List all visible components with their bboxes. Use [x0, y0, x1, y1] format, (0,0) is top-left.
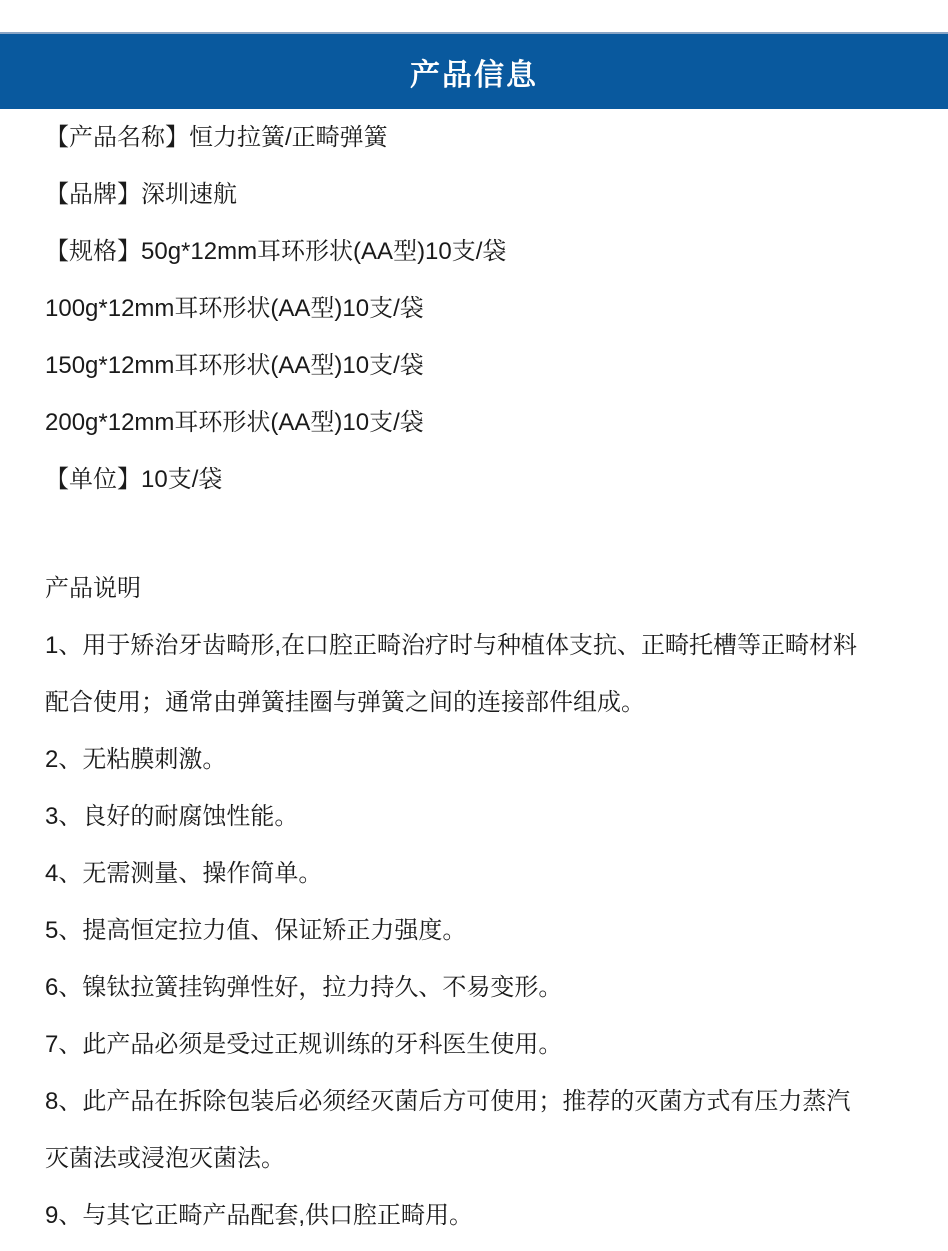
product-name-line: 【产品名称】恒力拉簧/正畸弹簧 [45, 109, 903, 166]
page-title: 产品信息 [410, 50, 538, 94]
unit-line: 【单位】10支/袋 [45, 451, 903, 508]
product-description-section: 产品说明 1、用于矫治牙齿畸形,在口腔正畸治疗时与种植体支抗、正畸托槽等正畸材料… [0, 560, 948, 1244]
product-attributes-section: 【产品名称】恒力拉簧/正畸弹簧 【品牌】深圳速航 【规格】50g*12mm耳环形… [0, 109, 948, 508]
brand-line: 【品牌】深圳速航 [45, 166, 903, 223]
desc-item-7: 7、此产品必须是受过正规训练的牙科医生使用。 [45, 1016, 903, 1073]
description-heading: 产品说明 [45, 560, 903, 617]
desc-item-3: 3、良好的耐腐蚀性能。 [45, 788, 903, 845]
desc-item-5: 5、提高恒定拉力值、保证矫正力强度。 [45, 902, 903, 959]
spec-line-200g: 200g*12mm耳环形状(AA型)10支/袋 [45, 394, 903, 451]
desc-item-6: 6、镍钛拉簧挂钩弹性好，拉力持久、不易变形。 [45, 959, 903, 1016]
desc-item-1-line-1: 1、用于矫治牙齿畸形,在口腔正畸治疗时与种植体支抗、正畸托槽等正畸材料 [45, 617, 903, 674]
spec-line-100g: 100g*12mm耳环形状(AA型)10支/袋 [45, 280, 903, 337]
spec-line-50g: 【规格】50g*12mm耳环形状(AA型)10支/袋 [45, 223, 903, 280]
product-info-page: 产品信息 【产品名称】恒力拉簧/正畸弹簧 【品牌】深圳速航 【规格】50g*12… [0, 0, 948, 1251]
desc-item-8-line-2: 灭菌法或浸泡灭菌法。 [45, 1130, 903, 1187]
spec-line-150g: 150g*12mm耳环形状(AA型)10支/袋 [45, 337, 903, 394]
desc-item-2: 2、无粘膜刺激。 [45, 731, 903, 788]
header-bar: 产品信息 [0, 32, 948, 109]
desc-item-4: 4、无需测量、操作简单。 [45, 845, 903, 902]
desc-item-8-line-1: 8、此产品在拆除包装后必须经灭菌后方可使用；推荐的灭菌方式有压力蒸汽 [45, 1073, 903, 1130]
desc-item-1-line-2: 配合使用；通常由弹簧挂圈与弹簧之间的连接部件组成。 [45, 674, 903, 731]
desc-item-9: 9、与其它正畸产品配套,供口腔正畸用。 [45, 1187, 903, 1244]
